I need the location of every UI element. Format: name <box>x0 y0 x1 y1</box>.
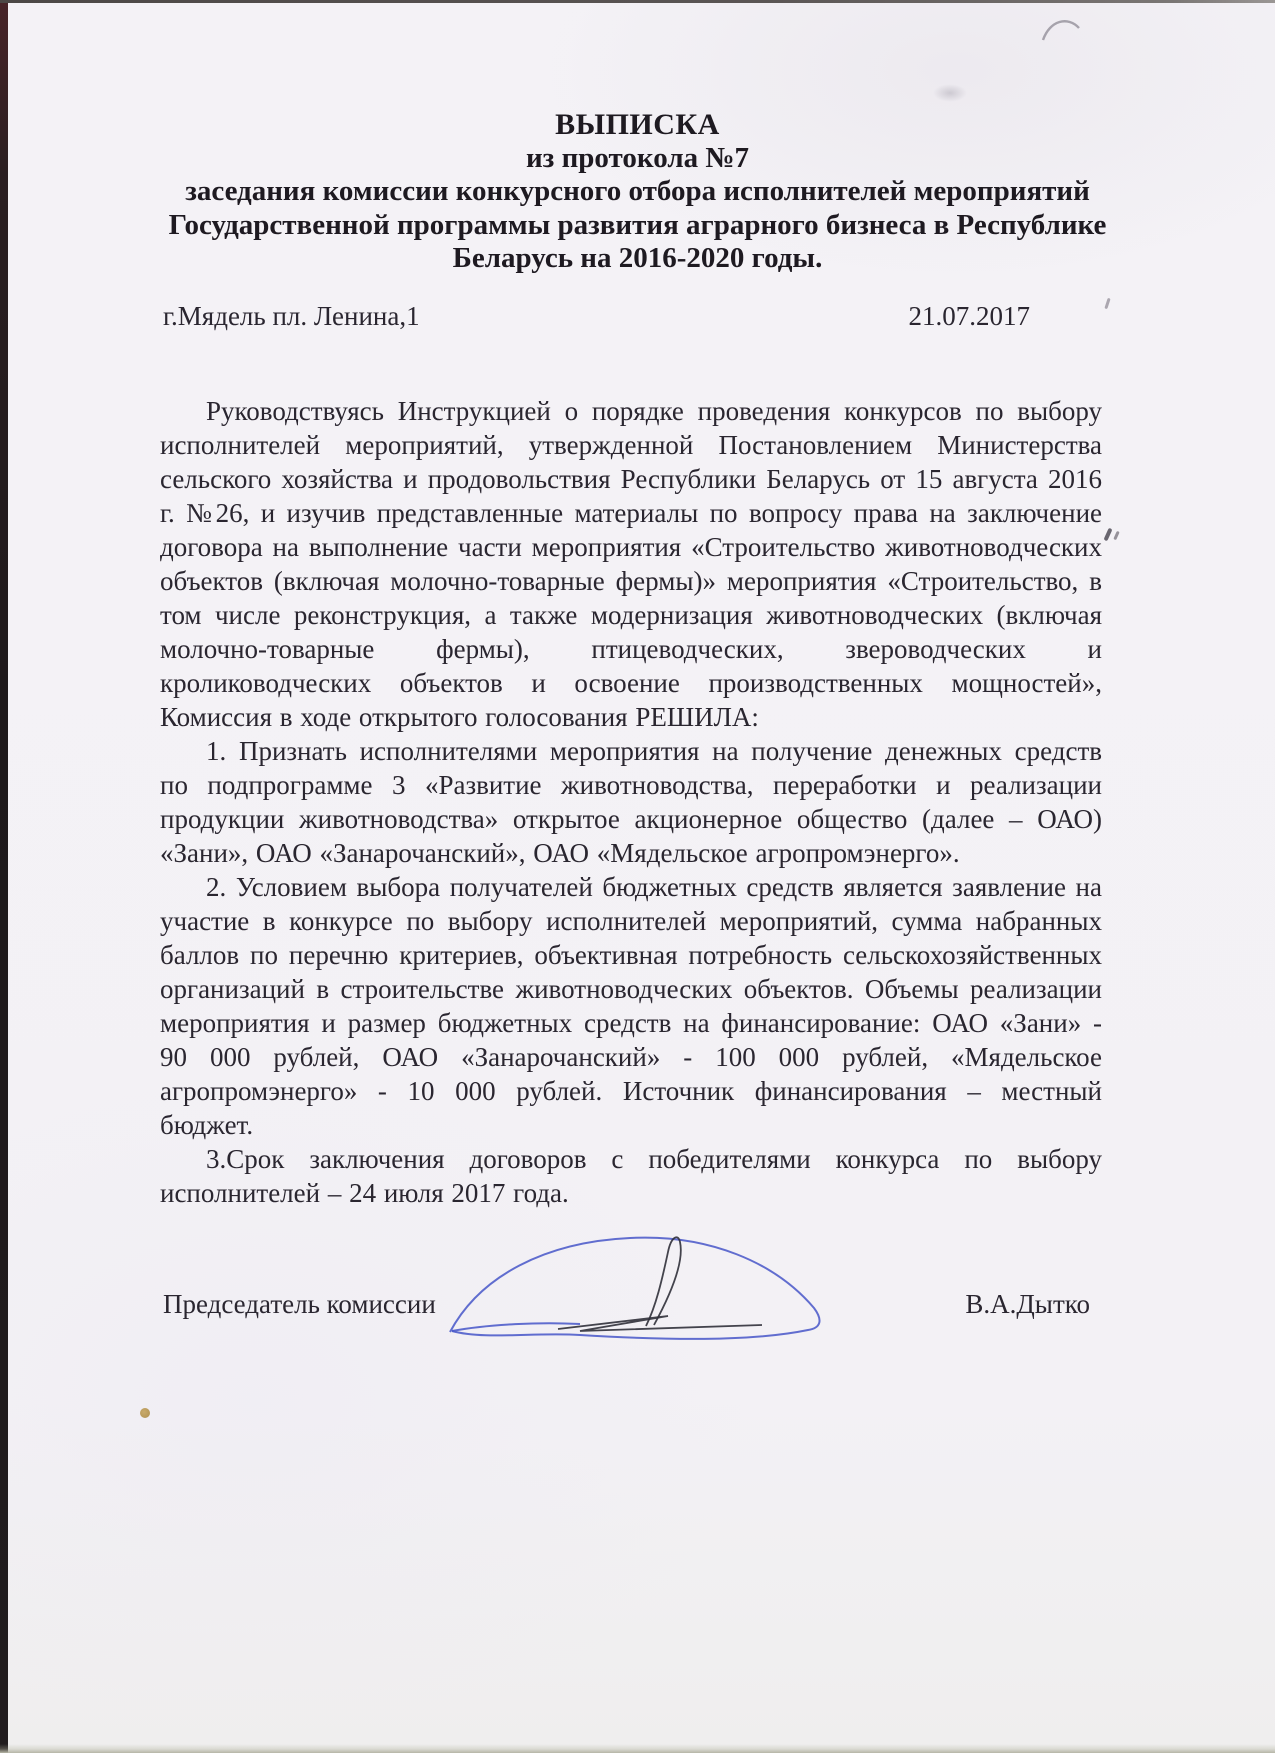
text-line: мероприятия и размер бюджетных средств н… <box>160 1006 1102 1040</box>
text-line: исполнителей – 24 июля 2017 года. <box>160 1176 1102 1210</box>
handwritten-signature-ink <box>430 1228 860 1358</box>
scanner-smudge-curl <box>1040 14 1082 46</box>
text-line: баллов по перечню критериев, объективная… <box>160 938 1102 972</box>
text-line: ВЫПИСКА <box>150 108 1125 142</box>
signer-role-label: Председатель комиссии <box>163 1288 436 1320</box>
scanner-smudge-blob <box>933 84 967 102</box>
text-line: бюджет. <box>160 1108 1102 1142</box>
scanned-document-page: ВЫПИСКАиз протокола №7заседания комиссии… <box>0 0 1275 1753</box>
text-line: агропромэнерго» - 10 000 рублей. Источни… <box>160 1074 1102 1108</box>
text-line: организаций в строительстве животноводче… <box>160 972 1102 1006</box>
text-line: продукции животноводства» открытое акцио… <box>160 802 1102 836</box>
place-date-row: г.Мядель пл. Ленина,1 21.07.2017 <box>163 300 1030 332</box>
document-title-block: ВЫПИСКАиз протокола №7заседания комиссии… <box>150 108 1125 276</box>
document-content: ВЫПИСКАиз протокола №7заседания комиссии… <box>0 108 1275 1320</box>
text-line: исполнителей мероприятий, утвержденной П… <box>160 428 1102 462</box>
text-line: Руководствуясь Инструкцией о порядке про… <box>160 394 1102 428</box>
text-line: Беларусь на 2016-2020 годы. <box>150 242 1125 276</box>
text-line: молочно-товарные фермы), птицеводческих,… <box>160 632 1102 666</box>
text-line: «Зани», ОАО «Занарочанский», ОАО «Мядель… <box>160 836 1102 870</box>
document-date: 21.07.2017 <box>909 300 1031 332</box>
paragraph: 2. Условием выбора получателей бюджетных… <box>160 870 1102 1142</box>
paragraph: Руководствуясь Инструкцией о порядке про… <box>160 394 1102 734</box>
text-line: договора на выполнение части мероприятия… <box>160 530 1102 564</box>
paper-blemish-dot <box>140 1408 150 1418</box>
text-line: заседания комиссии конкурсного отбора ис… <box>150 175 1125 209</box>
document-body: Руководствуясь Инструкцией о порядке про… <box>160 394 1102 1210</box>
text-line: Комиссия в ходе открытого голосования РЕ… <box>160 700 1102 734</box>
signer-name: В.А.Дытко <box>965 1288 1090 1320</box>
text-line: кролиководческих объектов и освоение про… <box>160 666 1102 700</box>
scan-edge-bottom-shadow <box>0 1744 1275 1753</box>
text-line: 90 000 рублей, ОАО «Занарочанский» - 100… <box>160 1040 1102 1074</box>
text-line: 2. Условием выбора получателей бюджетных… <box>160 870 1102 904</box>
text-line: том числе реконструкция, а также модерни… <box>160 598 1102 632</box>
document-place: г.Мядель пл. Ленина,1 <box>163 300 420 332</box>
paragraph: 3.Срок заключения договоров с победителя… <box>160 1142 1102 1210</box>
text-line: сельского хозяйства и продовольствия Рес… <box>160 462 1102 496</box>
text-line: 3.Срок заключения договоров с победителя… <box>160 1142 1102 1176</box>
text-line: Государственной программы развития аграр… <box>150 209 1125 243</box>
text-line: 1. Признать исполнителями мероприятия на… <box>160 734 1102 768</box>
text-line: участие в конкурсе по выбору исполнителе… <box>160 904 1102 938</box>
scan-edge-top-line <box>0 0 1275 3</box>
text-line: объектов (включая молочно-товарные фермы… <box>160 564 1102 598</box>
text-line: г. №26, и изучив представленные материал… <box>160 496 1102 530</box>
paragraph: 1. Признать исполнителями мероприятия на… <box>160 734 1102 870</box>
text-line: из протокола №7 <box>150 142 1125 176</box>
text-line: по подпрограмме 3 «Развитие животноводст… <box>160 768 1102 802</box>
